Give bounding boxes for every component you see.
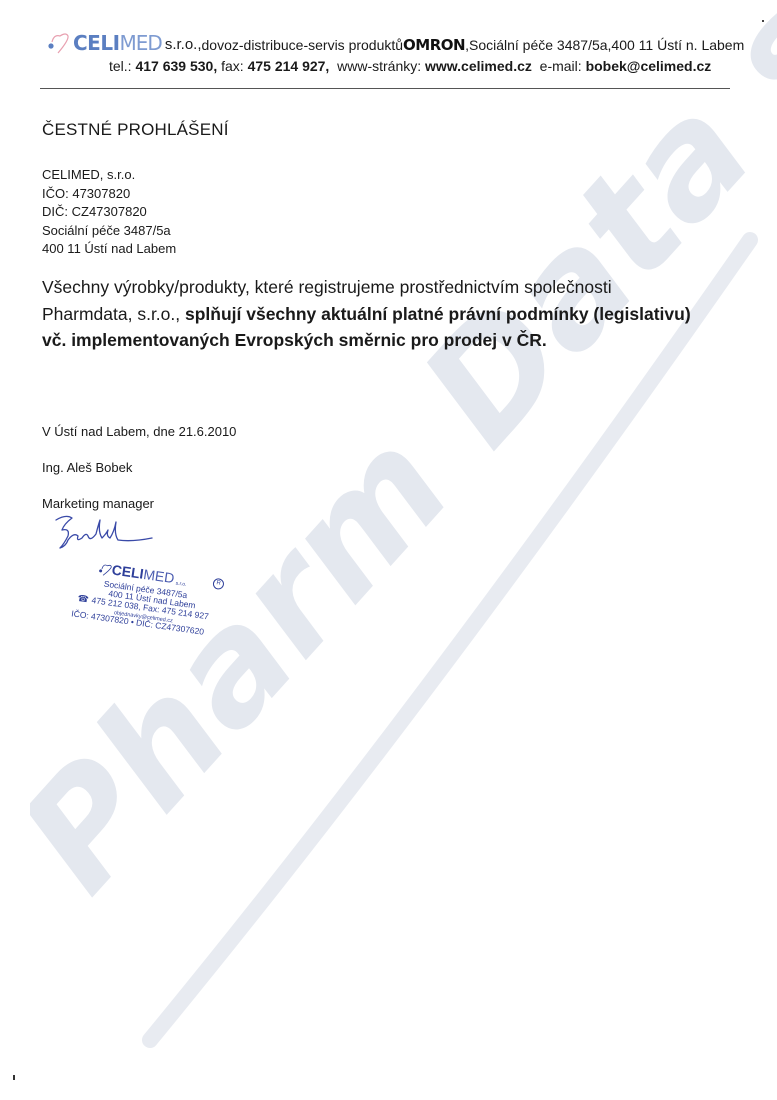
scan-artifact [762,20,764,22]
document-page: Pharm Data s. r. o. CELI MED s.r.o., dov… [0,0,777,1100]
fax-label: fax: [217,58,247,74]
scan-artifact-mark [13,1075,15,1080]
stamp-suffix: s.r.o. [175,580,187,587]
letterhead: CELI MED s.r.o., dovoz-distribuce-servis… [46,28,736,75]
statement-line-2-bold: splňují všechny aktuální platné právní p… [185,304,691,324]
stamp-brand-light: MED [142,566,175,586]
web-link[interactable]: www.celimed.cz [425,58,532,74]
business-description: dovoz-distribuce-servis produktů [202,36,404,54]
logo-brand-light: MED [120,32,162,54]
company-stamp: CELIMEDs.r.o. R Sociální péče 3487/5a 40… [63,552,242,655]
handwritten-signature [52,512,162,562]
issuer-city: 400 11 Ústí nad Labem [42,240,176,259]
company-address: ,Sociální péče 3487/5a,400 11 Ústí n. La… [465,36,744,54]
letterhead-divider [40,88,730,89]
declaration-statement: Všechny výrobky/produkty, které registru… [42,274,691,354]
issuer-street: Sociální péče 3487/5a [42,222,176,241]
registered-mark-icon: R [212,578,224,590]
email-link[interactable]: bobek@celimed.cz [586,58,712,74]
place-and-date: V Ústí nad Labem, dne 21.6.2010 [42,424,236,439]
issuer-dic: DIČ: CZ47307820 [42,203,176,222]
statement-line-3: vč. implementovaných Evropských směrnic … [42,327,691,354]
statement-line-3-bold: vč. implementovaných Evropských směrnic … [42,330,547,350]
letterhead-line-1: CELI MED s.r.o., dovoz-distribuce-servis… [46,28,736,54]
phone-icon: ☎ [77,593,90,604]
web-label: www-stránky: [329,58,425,74]
statement-line-2: Pharmdata, s.r.o., splňují všechny aktuá… [42,301,691,328]
tel-value: 417 639 530, [135,58,217,74]
company-logo: CELI MED [46,32,162,54]
tel-label: tel.: [109,58,135,74]
logo-brand-bold: CELI [73,32,120,54]
document-title: ČESTNÉ PROHLÁŠENÍ [42,120,229,140]
heart-icon [46,32,72,54]
fax-value: 475 214 927, [248,58,330,74]
email-label: e-mail: [532,58,586,74]
partner-brand: OMRON [403,36,465,54]
company-suffix: s.r.o., [165,36,202,54]
signer-role: Marketing manager [42,496,154,511]
issuer-ico: IČO: 47307820 [42,185,176,204]
statement-line-1: Všechny výrobky/produkty, které registru… [42,274,691,301]
letterhead-line-2: tel.: 417 639 530, fax: 475 214 927, www… [46,57,736,75]
stamp-brand-bold: CELI [111,562,145,582]
signer-name: Ing. Aleš Bobek [42,460,132,475]
issuer-name: CELIMED, s.r.o. [42,166,176,185]
statement-line-2-normal: Pharmdata, s.r.o., [42,304,185,324]
issuer-block: CELIMED, s.r.o. IČO: 47307820 DIČ: CZ473… [42,166,176,259]
